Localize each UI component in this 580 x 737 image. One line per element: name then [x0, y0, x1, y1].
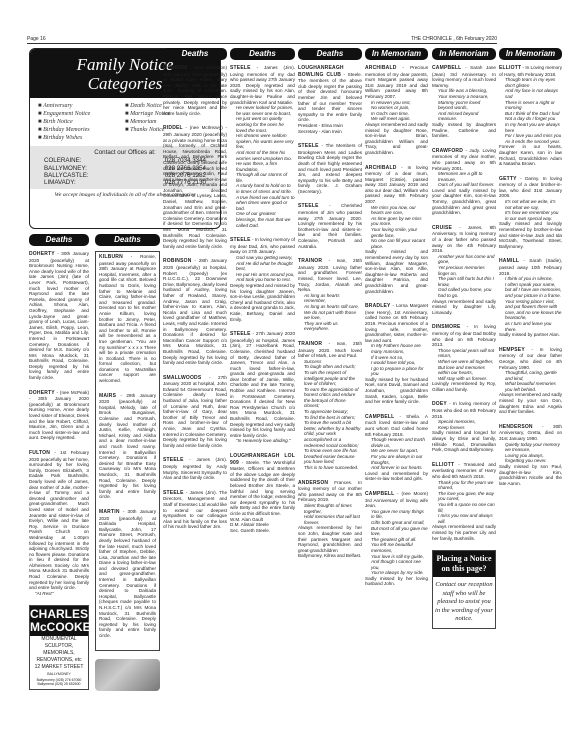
notice-name: DOHERTY: [29, 251, 55, 257]
notice-entry: TRAINOR - Ivan, 25th January 2020. Much …: [298, 341, 362, 471]
verse-line: His dreams were seldom spoken, his wants…: [236, 133, 295, 150]
notice-text: - James (Jim). The Directors, Management…: [163, 490, 227, 530]
notice-entry: LOUGHRANREAGH LOL 909 - Steele. The Wors…: [230, 453, 295, 533]
notice-name: LOUGHANREAGH BOWLING CLUB: [298, 65, 344, 78]
verse-line: It's how we remember you in our own spec…: [505, 210, 562, 221]
section-header: Deaths: [163, 48, 227, 60]
notice-entry: HAMILL - Sarah (Sadie), passed away 10th…: [499, 258, 562, 337]
verse-line: No one can fill your vacant place.: [371, 238, 428, 249]
verse-line: The love you gave, the way you cared,: [438, 491, 496, 502]
notice-entry: CRAWFORD - Judy. Loving memories of my d…: [432, 148, 496, 216]
verse-line: A true friend we could turn to when time…: [236, 195, 295, 212]
notice-entry: ELLIOTT - In Loving memory of Harry, 6th…: [499, 65, 562, 167]
verse-line: He just went on quietly working for the …: [236, 116, 295, 133]
verse-line: We do not part with those we love,: [304, 310, 362, 321]
notice-text: - 30th January 2020 (peacefully) at Dalr…: [99, 509, 156, 638]
notice-closing: Sadly missed by daughters Pauline, Cathe…: [432, 122, 496, 139]
notice-entry: MAIRS - 29th January 2020 (peacefully) a…: [99, 393, 156, 500]
notice-entry: DOHERTY - 30th January 2020 (peacefully)…: [29, 251, 89, 381]
verse-line: Thoughtful, caring, gentle and kind,: [505, 370, 562, 381]
notice-closing: Loved and remembered by sister-in-law Is…: [365, 471, 428, 482]
verse-line: You gave me many things in life,: [371, 509, 428, 520]
notice-closing: Forever in our hearts, daughter Karen, s…: [499, 144, 562, 166]
notice-verse: Though tears in my eyes don't glistenAnd…: [499, 77, 562, 144]
notice-closing: Always remembered and sadly missed by da…: [365, 122, 428, 156]
notice-text: - Cherished memories of Jim who passed a…: [298, 203, 362, 248]
notice-name: STEELE: [163, 457, 184, 463]
verse-line: God saw you getting weary,: [236, 255, 295, 261]
notice-name: DOEY: [432, 401, 447, 407]
notice-name: STEELE: [230, 65, 251, 71]
notice-entry: ROBINSON - 28th January 2020 (peacefully…: [163, 258, 227, 365]
verse-line: They are with us everywhere.: [304, 321, 362, 332]
notice-verse: Thoughtful, caring, gentle and kind,What…: [499, 370, 562, 392]
verse-line: To win the respect of intelligent people…: [304, 370, 362, 387]
verse-line: and put flowers there with care, and no …: [505, 304, 562, 321]
notice-verse: He never looked for praises, he was neve…: [230, 105, 295, 228]
notice-text: - Lorna Margaret (nee Henry), 1st Annive…: [365, 303, 428, 343]
notice-name: MAIRS: [99, 393, 116, 399]
verse-line: He was there, a firm foundation,: [236, 161, 295, 172]
verse-line: It's not what we write, it's not what we…: [505, 199, 562, 210]
notice-verse: You gave me many things in life,Gifts bo…: [365, 509, 428, 576]
verse-line: God called you home, you had to go.: [438, 287, 496, 298]
notice-name: HENDERSON: [499, 424, 533, 430]
notice-closing: Always remembered and sadly missed by hi…: [432, 524, 496, 541]
notice-verse: SuccessTo laugh often and much;To win th…: [298, 359, 362, 471]
verse-line: And my face is not always sad: [505, 88, 562, 99]
page-header: Page 16 THE CHRONICLE , 6th February 202…: [27, 36, 497, 44]
notice-closing: Sadly missed and longed for always by El…: [432, 430, 496, 452]
verse-line: Though Heaven and Earth divide us,: [371, 437, 428, 448]
notice-name: STEELE: [230, 237, 251, 243]
notice-name: ARCHIBALD: [365, 65, 397, 71]
category-item: Engagement Notice: [38, 110, 125, 118]
notice-closing: Sadly missed by her loving husband John.: [365, 576, 428, 587]
verse-line: I miss you now and always will.: [438, 513, 496, 524]
notice-entry: STEELE - In loving memory of my dear Dad…: [230, 237, 295, 322]
notice-verse: Quietly today your memory we treasure,Lo…: [499, 442, 562, 464]
notice-text: - In loving memory of a dear mum, Margar…: [365, 165, 428, 205]
notice-text: - 27th January 2020 (peacefully) at hosp…: [230, 331, 295, 438]
verse-line: Your memory a treasure,: [438, 94, 496, 100]
deaths-column-2: Deaths KILBURN - Ronnie, passed away pea…: [95, 234, 160, 691]
notice-verse: Those special years will not return,When…: [432, 348, 496, 382]
notice-closing: Always remembered and sadly missed by da…: [432, 299, 496, 316]
verse-line: as I turn and leave you there.: [505, 321, 562, 332]
verse-line: And though I cannot see you,: [371, 559, 428, 570]
notice-entry: STEELE - James (Jim). The Directors, Man…: [163, 490, 227, 530]
notice-entry: CRUISE - James, 8th Anniversary. In lovi…: [432, 225, 496, 316]
notice-name: ELLIOTT: [499, 65, 521, 71]
notice-closing: Sadly missed by partner Alan.: [499, 332, 562, 338]
notice-entry: RIDDEL - (nee McIlreavy) - 29th January …: [163, 125, 227, 249]
notice-text: - Ronnie, passed away peacefully on 28th…: [99, 254, 156, 383]
verse-line: But most of all you gave me love,: [371, 526, 428, 537]
notice-entry: KILBURN - Ronnie, passed away peacefully…: [99, 254, 156, 384]
notice-name: MARTIN: [99, 509, 120, 515]
book-illustration: [95, 659, 160, 691]
verse-line: And He did what he thought best,: [236, 261, 295, 272]
verse-line: There is never a night or morning: [505, 100, 562, 111]
notice-text: - (nee McPeak) - 30th January 2020 (peac…: [29, 390, 89, 441]
verse-line: Silent thoughts of times together,: [304, 503, 362, 514]
notice-entry: HENDERSON - 30th Anniversary, Gretta, di…: [499, 424, 562, 487]
verse-line: For I love you and miss you: [505, 133, 562, 139]
verse-line: and your picture in a frame.: [505, 293, 562, 299]
notice-name: SMALLWOODS: [163, 375, 201, 381]
verse-line: Quietly today your memory we treasure,: [505, 442, 562, 453]
verse-line: One of our greatest blessings, the man t…: [236, 211, 295, 228]
verse-line: Yet precious memories linger on,: [438, 265, 496, 276]
verse-line: A sturdy hand to hold on to in times of …: [236, 183, 295, 194]
verse-line: Through all our storms of life.: [236, 172, 295, 183]
notice-name: STEELE: [163, 490, 184, 496]
verse-line: As long as hearts still care,: [304, 304, 362, 310]
verse-line: "At Rest": [35, 591, 89, 597]
notice-closing: Sadly missed by her husband Noel, sons D…: [365, 377, 428, 405]
notice-name: DINSMORE: [432, 324, 461, 330]
notice-closing: Lovingly remembered by Roy, Gillian and …: [432, 381, 496, 392]
category-item: Anniversary: [38, 102, 125, 110]
verse-line: You left me beautiful memories,: [371, 542, 428, 553]
notice-verse: Memories are a gift to treasure,Ours of …: [432, 171, 496, 188]
notice-entry: ARCHIBALD - In loving memory of a dear m…: [365, 165, 428, 295]
deaths-column-4: Deaths STEELE - James (Jim). Loving memo…: [230, 48, 295, 542]
verse-line: This is to have succeeded.: [304, 465, 362, 471]
notice-name: GETTY: [499, 176, 517, 182]
verse-line: And most of the time his worries went un…: [236, 150, 295, 161]
notice-entry: FULTON - 1st February 2020 peacefully at…: [29, 450, 89, 596]
notice-name: CAMPBELL: [432, 65, 461, 71]
verse-line: We miss you now, our hearts are sore,: [371, 205, 428, 216]
notice-text: - (nee Wilkinson) 27th January 2020 (pea…: [163, 65, 227, 116]
notice-name: HEMPSEY: [499, 347, 525, 353]
notice-entry: STEELE - Cherished memories of Jim who p…: [298, 203, 362, 249]
notice-name: STEELE: [298, 143, 319, 149]
notice-text: - Steele. The Worshipful Master, Officer…: [230, 460, 295, 516]
notice-text: - 1st February 2020 peacefully at her ho…: [29, 450, 89, 590]
notice-entry: CAMPBELL - (nee Moore) 3rd Anniversary o…: [365, 491, 428, 587]
notice-closing: Sadly missed and lovingly remembered by …: [499, 221, 562, 249]
notice-verse: God saw you getting weary,And He did wha…: [230, 255, 295, 283]
verse-line: In my heart you are always here: [505, 122, 562, 133]
section-header: Deaths: [95, 234, 160, 246]
category-item: Birth Notice: [38, 118, 125, 126]
notice-verse: Thank you for the years we shared,The lo…: [432, 480, 496, 525]
verse-line: For you are always in our thoughts,: [371, 454, 428, 465]
category-item: Birthday Wishes: [38, 134, 125, 142]
verse-line: "In Heavenly love abiding.": [236, 438, 295, 444]
notice-entry: TRAINOR - Ivan, 25th January 2020. Lovin…: [298, 258, 362, 332]
charles-mccooke-advert: CHARLESMcCOOKE MONUMENTAL SCULPTOR, MEMO…: [29, 605, 89, 690]
verse-line: Loving you always, forgetting you never.: [505, 453, 562, 464]
notice-entry: DOEY - In loving memory of Ross who died…: [432, 401, 496, 452]
notice-text: - (nee McIlreavy) - 29th January 2020 (p…: [163, 125, 227, 248]
notice-verse: "At Rest": [29, 591, 89, 597]
notice-text: - 27th January 2020 at hospital, John Ed…: [163, 375, 227, 448]
notice-entry: ELLIOTT - Treasured and everlasting memo…: [432, 462, 496, 541]
notice-verse: Your life was a blessing,Your memory a t…: [432, 88, 496, 122]
deaths-column-1: Deaths DOHERTY - 30th January 2020 (peac…: [29, 234, 89, 690]
notice-entry: CAMPBELL - Sheila. A much loved sister-i…: [365, 414, 428, 482]
notice-text: - 30th January 2020 (peacefully) at Broo…: [29, 251, 89, 380]
notice-entry: DINSMORE - In loving memory of my dear D…: [432, 324, 496, 392]
notice-closing: Always remembered and sadly missed by yo…: [499, 392, 562, 414]
notice-closing: Loved and sadly missed by your daughter …: [432, 188, 496, 216]
notice-name: MCBRIDE: [163, 65, 188, 71]
verse-line: To earn the appreciation of honest criti…: [304, 387, 362, 409]
notice-text: - 29th January 2020 (peacefully) at hosp…: [99, 393, 156, 500]
notice-name: ROBINSON: [163, 258, 192, 264]
notice-closing: Deeply regretted and missed by his lovin…: [230, 283, 295, 322]
section-header: Deaths: [298, 48, 362, 60]
deaths-column-5: Deaths LOUGHANREAGH BOWLING CLUB - Steel…: [298, 48, 362, 568]
notice-name: ANDERSON: [298, 480, 328, 486]
notice-entry: BRADLEY - Lorna Margaret (nee Henry), 1s…: [365, 303, 428, 405]
notice-entry: STEELE - The Members of Brookgreen Mens …: [298, 143, 362, 194]
page-number: Page 16: [27, 36, 46, 42]
verse-line: As long as hearts remember,: [304, 293, 362, 304]
memoriam-column-8: In Memoriam ELLIOTT - In Loving memory o…: [499, 48, 562, 495]
notice-text: - 28th January 2020 (peacefully) at hosp…: [163, 258, 227, 365]
notice-text: - Steele. The members of the above club …: [298, 72, 362, 123]
section-header: Deaths: [230, 48, 295, 60]
notice-verse: In My Fathers house are many mansions,If…: [365, 343, 428, 377]
section-header: In Memoriam: [365, 48, 428, 60]
verse-line: To leave the world a bit better, whether…: [304, 420, 362, 448]
notice-verse: In Heaven you rest,No worries or pain,In…: [365, 100, 428, 122]
notice-signature: Sec. Gareth Steele.: [230, 528, 295, 534]
notice-verse: I think of you in silence,I often speak …: [499, 276, 562, 332]
verse-line: What beautiful memories you left behind.: [505, 381, 562, 392]
verse-line: Though tears in my eyes don't glisten: [505, 77, 562, 88]
notice-closing: Sadly missed by son Paul, daughter-in-la…: [499, 464, 562, 486]
notice-entry: SMALLWOODS - 27th January 2020 at hospit…: [163, 375, 227, 449]
notice-closing: Sadly missed and remembered every day by…: [365, 249, 428, 294]
notice-text: - James (Jim). Loving memories of my dad…: [230, 65, 295, 105]
notice-name: DOHERTY: [29, 390, 55, 396]
notice-verse: "In Heavenly love abiding.": [230, 438, 295, 444]
notice-name: RIDDEL: [163, 125, 183, 131]
verse-line: Your loving smile, your gentle face,: [371, 227, 428, 238]
verse-line: When we were all together,: [438, 359, 496, 365]
notice-signature: Secretary - Alan Irwin: [298, 129, 362, 135]
notice-name: STEELE: [298, 203, 319, 209]
notice-entry: DOHERTY - (nee McPeak) - 30th January 20…: [29, 390, 89, 441]
section-header: In Memoriam: [432, 48, 496, 60]
verse-line: He never looked for praises, he was neve…: [236, 105, 295, 116]
notice-verse: Another year has come and gone,Yet preci…: [432, 254, 496, 299]
verse-line: I often speak your name, but all I have …: [505, 282, 562, 293]
verse-line: In My Fathers house are many mansions,: [371, 343, 428, 354]
notice-name: TRAINOR: [298, 341, 322, 347]
verse-line: You left a space no one can fill,: [438, 502, 496, 513]
verse-line: And forever in our hearts.: [371, 465, 428, 471]
notice-verse: Though Heaven and Earth divide us,We are…: [365, 437, 428, 471]
placing-notice-box: Placing a Notice on this page? Contact o…: [432, 550, 496, 629]
verse-line: But love and memories within our hearts,: [438, 365, 496, 376]
notice-name: TRAINOR: [298, 258, 322, 264]
category-item: Birthday Memories: [38, 126, 125, 134]
verse-line: The pain still hurts but this I know,: [438, 276, 496, 287]
deaths-column-3: Deaths MCBRIDE - (nee Wilkinson) 27th Ja…: [163, 48, 227, 539]
notice-entry: CAMPBELL - Sarah Jane (Jean) 3rd Anniver…: [432, 65, 496, 139]
memoriam-column-6: In Memoriam ARCHIBALD - Precious memorie…: [365, 48, 428, 596]
notice-name: HAMILL: [499, 258, 519, 264]
verse-line: To know even one life has breathed easie…: [304, 448, 362, 465]
notice-entry: STEELE - James (Jim). Loving memories of…: [230, 65, 295, 228]
notice-name: CAMPBELL: [365, 414, 394, 420]
notice-verse: As long as hearts remember,As long as he…: [298, 293, 362, 332]
verse-line: Memories are a gift to treasure,: [438, 171, 496, 182]
notice-verse: Special memories,Keep forever.: [432, 419, 496, 430]
verse-line: Hold memories that will last forever.: [304, 514, 362, 525]
notice-name: CAMPBELL: [365, 491, 394, 497]
notice-name: BRADLEY: [365, 303, 391, 309]
section-header: Deaths: [29, 234, 89, 246]
verse-line: Gifts both great and small,: [371, 520, 428, 526]
notice-name: STEELE: [230, 331, 251, 337]
notice-name: ARCHIBALD: [365, 165, 397, 171]
notice-entry: HEMPSEY - In loving memory of our dear f…: [499, 347, 562, 415]
notice-entry: MARTIN - 30th January 2020 (peacefully) …: [99, 509, 156, 639]
memoriam-column-7: In Memoriam CAMPBELL - Sarah Jane (Jean)…: [432, 48, 496, 629]
notice-text: - The Members of Brookgreen Mens and Lad…: [298, 143, 362, 194]
publication-title: THE CHRONICLE , 6th February 2020: [411, 36, 497, 42]
notice-name: ELLIOTT: [432, 462, 454, 468]
notice-entry: ANDERSON Frances. In loving memory of ou…: [298, 480, 362, 559]
notice-entry: STEELE - James (Jim). Deeply regretted b…: [163, 457, 227, 480]
notice-entry: STEELE - 27th January 2020 (peacefully) …: [230, 331, 295, 444]
notice-name: CRAWFORD: [432, 148, 463, 154]
notice-entry: LOUGHANREAGH BOWLING CLUB - Steele. The …: [298, 65, 362, 134]
verse-line: Mammy you're loved beyond words,: [438, 100, 496, 111]
notice-entry: ARCHIBALD - Precious memories of my dear…: [365, 65, 428, 156]
notice-verse: Silent thoughts of times together,Hold m…: [298, 503, 362, 525]
notice-verse: We miss you now, our hearts are sore,As …: [365, 205, 428, 250]
verse-line: Those special years will not return,: [438, 348, 496, 359]
notice-entry: MCBRIDE - (nee Wilkinson) 27th January 2…: [163, 65, 227, 116]
notice-entry: GETTY - Danny. In loving memory of a dea…: [499, 176, 562, 250]
verse-line: And missed beyond measure.: [438, 111, 496, 122]
section-header: In Memoriam: [499, 48, 562, 60]
notice-name: CRUISE: [432, 225, 452, 231]
verse-line: Another year has come and gone,: [438, 254, 496, 265]
verse-line: I go to prepare a place for you.: [371, 366, 428, 377]
notice-verse: It's not what we write, it's not what we…: [499, 199, 562, 221]
notice-closing: Always remembered by her son John, daugh…: [298, 525, 362, 559]
notice-name: KILBURN: [99, 254, 123, 260]
verse-line: As time goes by we miss you more.: [371, 216, 428, 227]
notice-name: FULTON: [29, 450, 50, 456]
verse-line: Thank you for the years we shared,: [438, 480, 496, 491]
